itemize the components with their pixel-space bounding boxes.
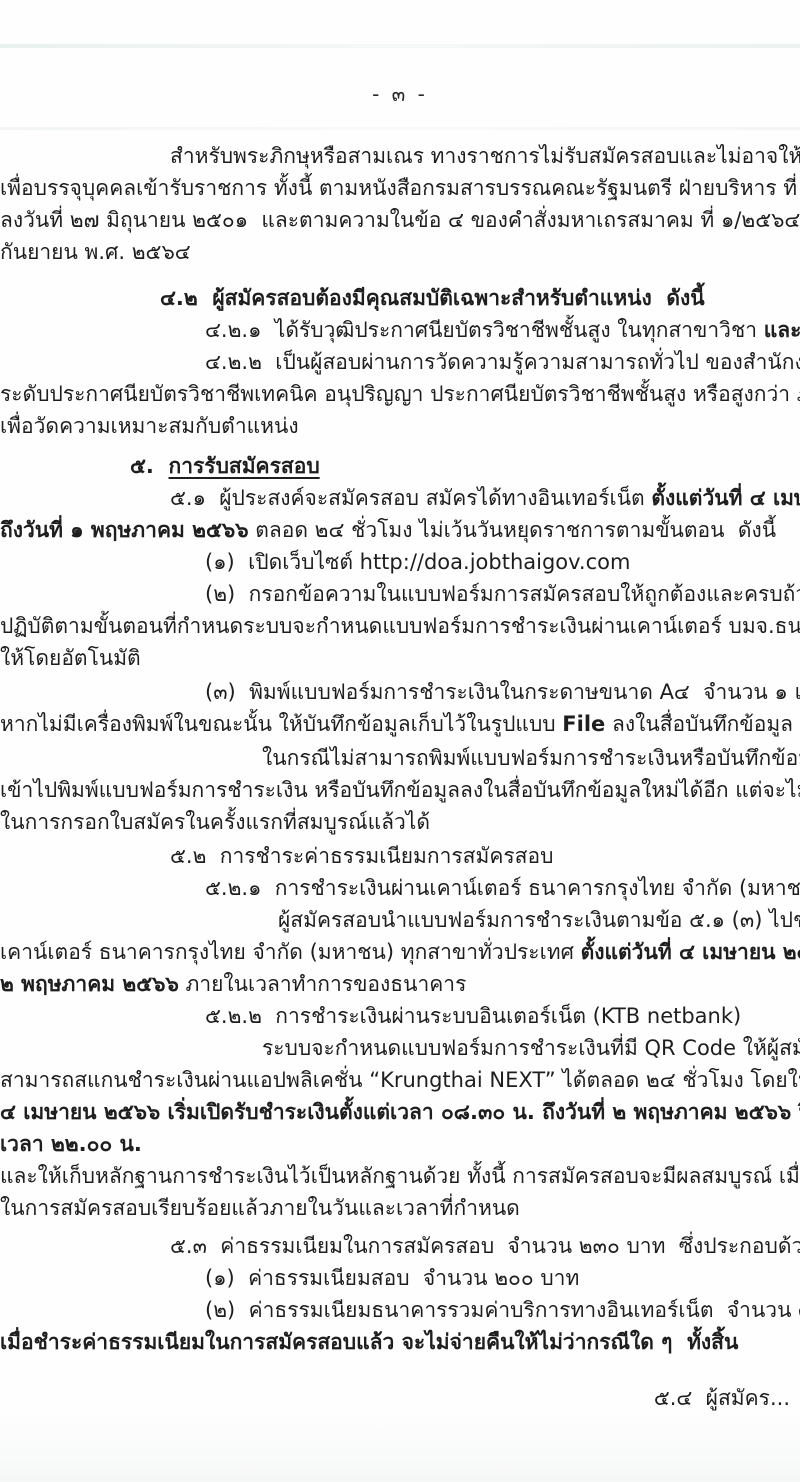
bold-text: ตั้งแต่วันที่ ๔ เมษายน ๒๕๖๖ ถึงวันที่ [581, 940, 800, 964]
step-2-line-2: ปฏิบัติตามขั้นตอนที่กำหนดระบบจะกำหนดแบบฟ… [0, 610, 800, 642]
body-text: กันยายน พ.ศ. ๒๕๖๔ [0, 240, 191, 264]
scan-artifact-band [0, 127, 800, 130]
item-5-2-1-heading: ๕.๒.๑ การชำระเงินผ่านเคาน์เตอร์ ธนาคารกร… [0, 872, 800, 904]
step-3-line-1: (๓) พิมพ์แบบฟอร์มการชำระเงินในกระดาษขนาด… [0, 676, 800, 708]
bold-text: เวลา ๒๒.๐๐ น. [0, 1132, 142, 1156]
bold-text: ๔.๒ ผู้สมัครสอบต้องมีคุณสมบัติเฉพาะสำหรั… [160, 286, 705, 310]
body-text: สำหรับพระภิกษุหรือสามเณร ทางราชการไม่รับ… [170, 144, 800, 168]
payment-note-line-2: ในการสมัครสอบเรียบร้อยแล้วภายในวันและเวล… [0, 1192, 800, 1224]
payment-note-line-1: และให้เก็บหลักฐานการชำระเงินไว้เป็นหลักฐ… [0, 1160, 800, 1192]
body-text: ๕.๓ ค่าธรรมเนียมในการสมัครสอบ จำนวน ๒๓๐ … [170, 1234, 800, 1258]
section-5-3-heading: ๕.๓ ค่าธรรมเนียมในการสมัครสอบ จำนวน ๒๓๐ … [0, 1230, 800, 1262]
item-4-2-1: ๔.๒.๑ ได้รับวุฒิประกาศนียบัตรวิชาชีพชั้น… [0, 314, 800, 346]
bold-text: เมื่อชำระค่าธรรมเนียมในการสมัครสอบแล้ว จ… [0, 1330, 738, 1354]
item-4-2-2-line-3: เพื่อวัดความเหมาะสมกับตำแหน่ง [0, 410, 800, 442]
body-text: เพื่อบรรจุบุคคลเข้ารับราชการ ทั้งนี้ ตาม… [0, 176, 800, 200]
body-text: ผู้สมัครสอบนำแบบฟอร์มการชำระเงินตามข้อ ๕… [278, 908, 800, 932]
item-5-2-1-line-3: ๒ พฤษภาคม ๒๕๖๖ ภายในเวลาทำการของธนาคาร [0, 968, 800, 1000]
step-3-note-line-1: ในกรณีไม่สามารถพิมพ์แบบฟอร์มการชำระเงินห… [0, 742, 800, 774]
body-text: ลงวันที่ ๒๗ มิถุนายน ๒๕๐๑ และตามความในข้… [0, 208, 800, 232]
body-text: หากไม่มีเครื่องพิมพ์ในขณะนั้น ให้บันทึกข… [0, 712, 562, 736]
body-text: ปฏิบัติตามขั้นตอนที่กำหนดระบบจะกำหนดแบบฟ… [0, 614, 800, 638]
body-text: (๑) เปิดเว็บไซต์ http://doa.jobthaigov.c… [205, 550, 630, 574]
item-5-1-line-1: ๕.๑ ผู้ประสงค์จะสมัครสอบ สมัครได้ทางอินเ… [0, 482, 800, 514]
bold-text: ๒ พฤษภาคม ๒๕๖๖ [0, 972, 179, 996]
document-page: - ๓ - สำหรับพระภิกษุหรือสามเณร ทางราชการ… [0, 0, 800, 1482]
item-5-2-1-line-2: เคาน์เตอร์ ธนาคารกรุงไทย จำกัด (มหาชน) ท… [0, 936, 800, 968]
para-monks-line-4: กันยายน พ.ศ. ๒๕๖๔ [0, 236, 800, 268]
body-text: ระดับประกาศนียบัตรวิชาชีพเทคนิค อนุปริญญ… [0, 382, 800, 406]
body-text: ในการสมัครสอบเรียบร้อยแล้วภายในวันและเวล… [0, 1196, 520, 1220]
item-4-2-2-line-2: ระดับประกาศนียบัตรวิชาชีพเทคนิค อนุปริญญ… [0, 378, 800, 410]
body-text: ลงในสื่อบันทึกข้อมูล [605, 712, 793, 736]
body-text: ๕.๑ ผู้ประสงค์จะสมัครสอบ สมัครได้ทางอินเ… [170, 486, 651, 510]
footer-continuation-note: ๕.๔ ผู้สมัคร... [0, 1382, 800, 1414]
no-refund-note: เมื่อชำระค่าธรรมเนียมในการสมัครสอบแล้ว จ… [0, 1326, 800, 1358]
underlined-text: การรับสมัครสอบ [169, 454, 320, 478]
bold-text: ถึงวันที่ ๑ พฤษภาคม ๒๕๖๖ [0, 518, 249, 542]
body-text: ภายในเวลาทำการของธนาคาร [179, 972, 467, 996]
body-text: (๑) ค่าธรรมเนียมสอบ จำนวน ๒๐๐ บาท [205, 1266, 579, 1290]
body-text: ๕.๒ การชำระค่าธรรมเนียมการสมัครสอบ [170, 844, 553, 868]
para-monks-line-2: เพื่อบรรจุบุคคลเข้ารับราชการ ทั้งนี้ ตาม… [0, 172, 800, 204]
body-text: ๕.๒.๑ การชำระเงินผ่านเคาน์เตอร์ ธนาคารกร… [205, 876, 800, 900]
body-text: ให้โดยอัตโนมัติ [0, 646, 141, 670]
body-text: (๒) กรอกข้อความในแบบฟอร์มการสมัครสอบให้ถ… [205, 582, 800, 606]
section-5-heading: ๕. การรับสมัครสอบ [0, 450, 800, 482]
scan-artifact-band [0, 44, 800, 48]
bold-text: ๔ เมษายน ๒๕๖๖ เริ่มเปิดรับชำระเงินตั้งแต… [0, 1100, 800, 1124]
body-text: (๒) ค่าธรรมเนียมธนาคารรวมค่าบริการทางอิน… [205, 1298, 800, 1322]
body-text: เข้าไปพิมพ์แบบฟอร์มการชำระเงิน หรือบันทึ… [0, 778, 800, 802]
step-3-line-2: หากไม่มีเครื่องพิมพ์ในขณะนั้น ให้บันทึกข… [0, 708, 800, 740]
step-3-note-line-3: ในการกรอกใบสมัครในครั้งแรกที่สมบูรณ์แล้ว… [0, 806, 800, 838]
item-5-2-2-line-4: เวลา ๒๒.๐๐ น. [0, 1128, 800, 1160]
scan-smudge [0, 1412, 800, 1482]
body-text: ตลอด ๒๔ ชั่วโมง ไม่เว้นวันหยุดราชการตามข… [249, 518, 777, 542]
section-4-2-heading: ๔.๒ ผู้สมัครสอบต้องมีคุณสมบัติเฉพาะสำหรั… [0, 282, 800, 314]
body-text: และให้เก็บหลักฐานการชำระเงินไว้เป็นหลักฐ… [0, 1164, 800, 1188]
body-text: เพื่อวัดความเหมาะสมกับตำแหน่ง [0, 414, 299, 438]
section-5-2-heading: ๕.๒ การชำระค่าธรรมเนียมการสมัครสอบ [0, 840, 800, 872]
bold-text: File [562, 712, 605, 736]
body-text: ในกรณีไม่สามารถพิมพ์แบบฟอร์มการชำระเงินห… [262, 746, 800, 770]
item-5-2-1-line-1: ผู้สมัครสอบนำแบบฟอร์มการชำระเงินตามข้อ ๕… [0, 904, 800, 936]
fee-item-2: (๒) ค่าธรรมเนียมธนาคารรวมค่าบริการทางอิน… [0, 1294, 800, 1326]
item-5-2-2-line-3: ๔ เมษายน ๒๕๖๖ เริ่มเปิดรับชำระเงินตั้งแต… [0, 1096, 800, 1128]
bold-text: ๕. [130, 454, 169, 478]
item-5-2-2-heading: ๕.๒.๒ การชำระเงินผ่านระบบอินเตอร์เน็ต (K… [0, 1000, 800, 1032]
item-4-2-2-line-1: ๔.๒.๒ เป็นผู้สอบผ่านการวัดความรู้ความสาม… [0, 346, 800, 378]
item-5-2-2-line-2: สามารถสแกนชำระเงินผ่านแอปพลิเคชั่น “Krun… [0, 1064, 800, 1096]
body-text: (๓) พิมพ์แบบฟอร์มการชำระเงินในกระดาษขนาด… [205, 680, 800, 704]
document-body: สำหรับพระภิกษุหรือสามเณร ทางราชการไม่รับ… [0, 136, 800, 1414]
body-text: ๔.๒.๒ เป็นผู้สอบผ่านการวัดความรู้ความสาม… [205, 350, 800, 374]
fee-item-1: (๑) ค่าธรรมเนียมสอบ จำนวน ๒๐๐ บาท [0, 1262, 800, 1294]
body-text: ในการกรอกใบสมัครในครั้งแรกที่สมบูรณ์แล้ว… [0, 810, 430, 834]
item-5-1-line-2: ถึงวันที่ ๑ พฤษภาคม ๒๕๖๖ ตลอด ๒๔ ชั่วโมง… [0, 514, 800, 546]
para-monks-line-3: ลงวันที่ ๒๗ มิถุนายน ๒๕๐๑ และตามความในข้… [0, 204, 800, 236]
body-text: สามารถสแกนชำระเงินผ่านแอปพลิเคชั่น “Krun… [0, 1068, 800, 1092]
step-2-line-1: (๒) กรอกข้อความในแบบฟอร์มการสมัครสอบให้ถ… [0, 578, 800, 610]
item-5-2-2-line-1: ระบบจะกำหนดแบบฟอร์มการชำระเงินที่มี QR C… [0, 1032, 800, 1064]
bold-text: ตั้งแต่วันที่ ๔ เมษายน ๒๕๖๖ [651, 486, 800, 510]
body-text: ระบบจะกำหนดแบบฟอร์มการชำระเงินที่มี QR C… [262, 1036, 800, 1060]
body-text: เคาน์เตอร์ ธนาคารกรุงไทย จำกัด (มหาชน) ท… [0, 940, 581, 964]
step-2-line-3: ให้โดยอัตโนมัติ [0, 642, 800, 674]
step-1: (๑) เปิดเว็บไซต์ http://doa.jobthaigov.c… [0, 546, 800, 578]
step-3-note-line-2: เข้าไปพิมพ์แบบฟอร์มการชำระเงิน หรือบันทึ… [0, 774, 800, 806]
body-text: ๕.๒.๒ การชำระเงินผ่านระบบอินเตอร์เน็ต (K… [205, 1004, 741, 1028]
bold-text: และ [764, 318, 800, 342]
body-text: ๔.๒.๑ ได้รับวุฒิประกาศนียบัตรวิชาชีพชั้น… [205, 318, 764, 342]
para-monks-line-1: สำหรับพระภิกษุหรือสามเณร ทางราชการไม่รับ… [0, 140, 800, 172]
page-number: - ๓ - [0, 78, 800, 110]
